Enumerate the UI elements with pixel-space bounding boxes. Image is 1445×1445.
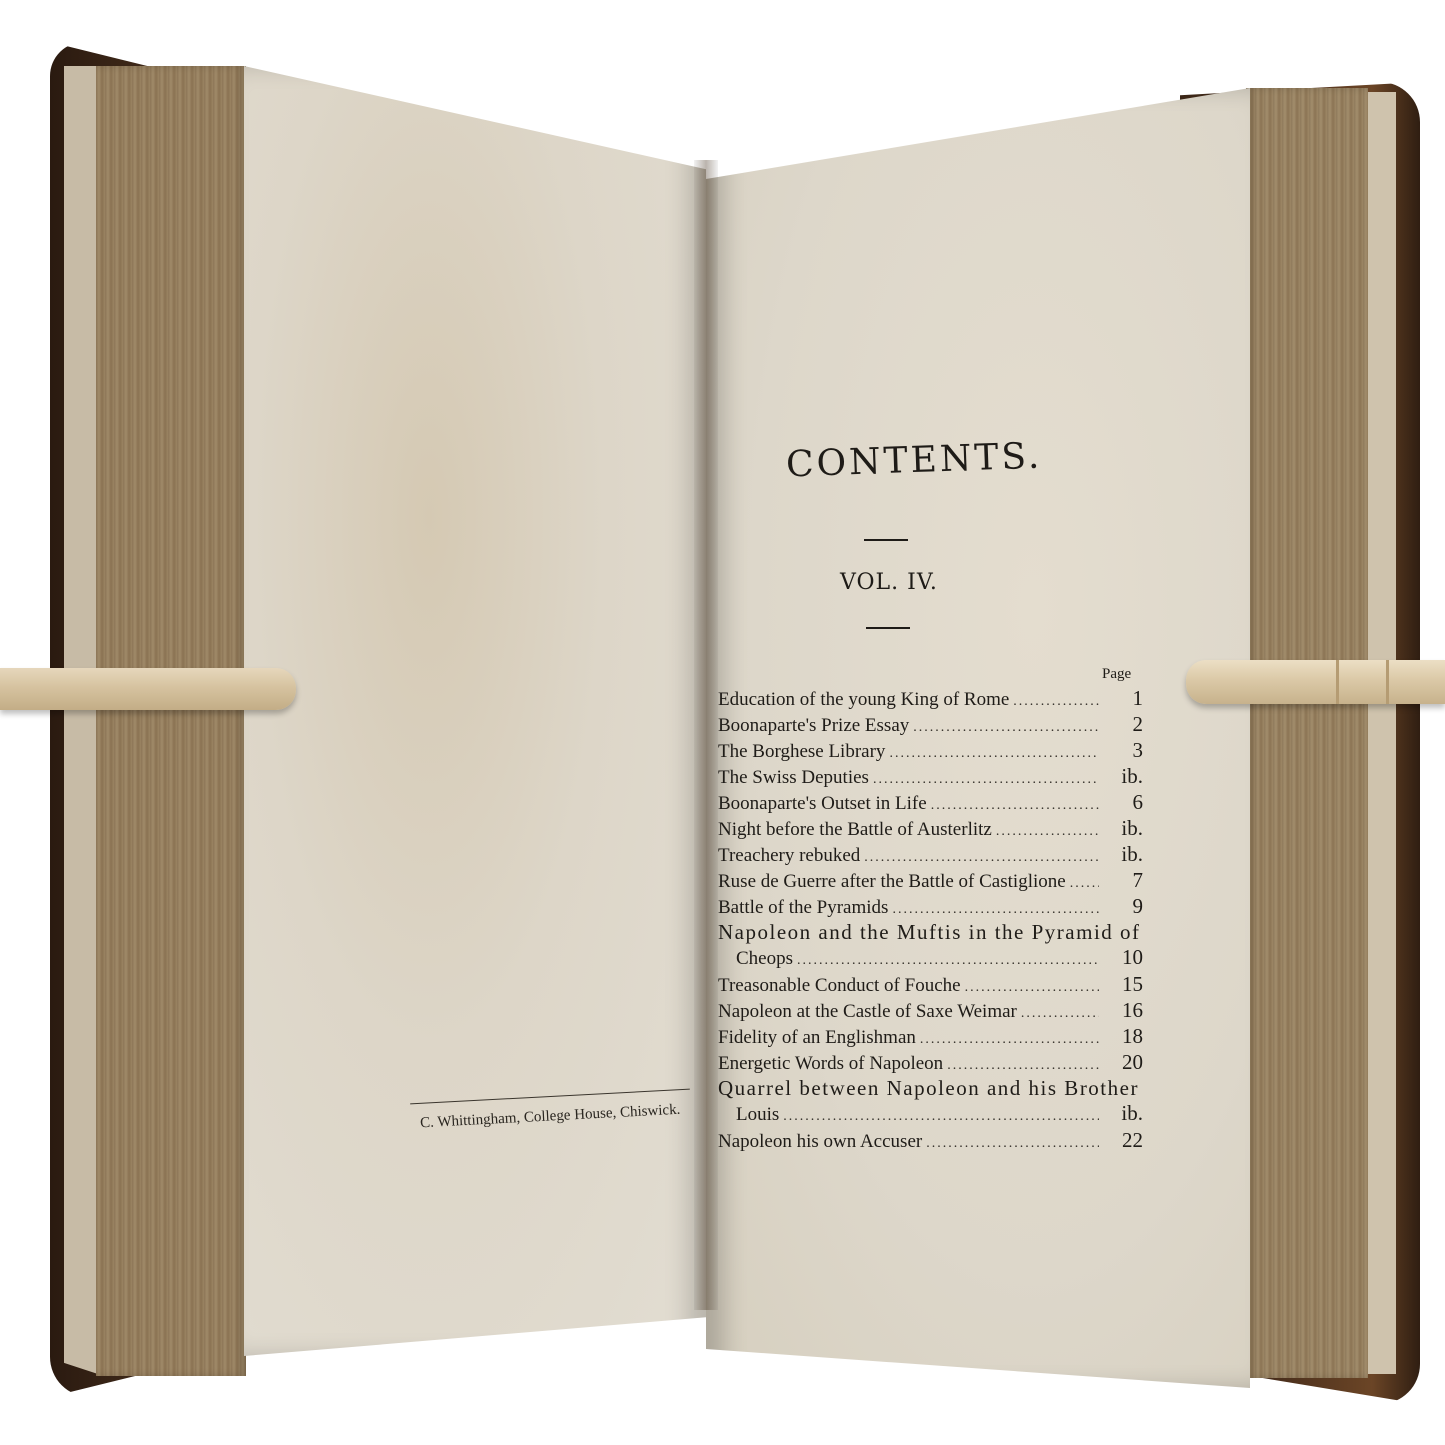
toc-entry-title: Treasonable Conduct of Fouche: [718, 975, 961, 997]
toc-entry-title: The Swiss Deputies: [718, 767, 869, 789]
toc-entry-title: Napoleon his own Accuser: [718, 1131, 922, 1153]
toc-entry: Battle of the Pyramids 9: [718, 894, 1143, 920]
toc-entry-page: 16: [1099, 998, 1143, 1023]
toc-entry-page: 2: [1099, 712, 1143, 737]
toc-entry-page: 10: [1099, 945, 1143, 970]
leader-dots: [1009, 694, 1099, 710]
toc-entry: The Borghese Library 3: [718, 738, 1143, 764]
toc-entry-title: Night before the Battle of Austerlitz: [718, 819, 992, 841]
leader-dots: [885, 746, 1099, 762]
page-block-edge-left: [96, 66, 246, 1376]
toc-entry: Boonaparte's Prize Essay 2: [718, 712, 1143, 738]
leader-dots: [992, 824, 1099, 840]
leader-dots: [961, 980, 1099, 996]
toc-entry-page: 3: [1099, 738, 1143, 763]
toc-entry-title: Treachery rebuked: [718, 845, 860, 867]
toc-entry-title: Education of the young King of Rome: [718, 689, 1009, 711]
leader-dots: [888, 902, 1099, 918]
toc-entry-title: Ruse de Guerre after the Battle of Casti…: [718, 871, 1066, 893]
toc-entry-page: ib.: [1099, 842, 1143, 867]
toc-entry-page: 18: [1099, 1024, 1143, 1049]
toc-entry: Treasonable Conduct of Fouche 15: [718, 972, 1143, 998]
leader-dots: [909, 720, 1099, 736]
toc-entry-continuation: Louis: [736, 1104, 779, 1126]
toc-entry-title: Quarrel between Napoleon and his Brother: [718, 1076, 1139, 1101]
toc-entry-continuation: Cheops: [736, 948, 793, 970]
toc-entry-title: Battle of the Pyramids: [718, 897, 888, 919]
toc-entry: Napoleon his own Accuser 22: [718, 1128, 1143, 1154]
bamboo-node: [1386, 660, 1389, 704]
volume-label: VOL. IV.: [840, 570, 938, 595]
toc-entry: Treachery rebuked ib.: [718, 842, 1143, 868]
wooden-stick-right: [1186, 660, 1445, 704]
leader-dots: [793, 953, 1099, 969]
toc-entry-title: The Borghese Library: [718, 741, 885, 763]
leader-dots: [869, 772, 1099, 788]
leader-dots: [922, 1136, 1099, 1152]
book-gutter: [694, 160, 718, 1310]
left-page: [244, 66, 706, 1356]
wooden-stick-left: [0, 668, 296, 710]
toc-entry-page: ib.: [1099, 1101, 1143, 1126]
leader-dots: [943, 1058, 1099, 1074]
toc-entry-page: 7: [1099, 868, 1143, 893]
toc-entry-page: 1: [1099, 686, 1143, 711]
volume-rule: [866, 627, 910, 629]
toc-entry: Napoleon at the Castle of Saxe Weimar 16: [718, 998, 1143, 1024]
toc-entry: Education of the young King of Rome 1: [718, 686, 1143, 712]
leader-dots: [779, 1109, 1099, 1125]
endpaper-right: [1364, 92, 1396, 1374]
toc-entry-page: 15: [1099, 972, 1143, 997]
toc-entry-title: Fidelity of an Englishman: [718, 1027, 916, 1049]
toc-entry-title: Energetic Words of Napoleon: [718, 1053, 943, 1075]
page-column-header: Page: [1102, 666, 1131, 683]
toc-entry-page: 22: [1099, 1128, 1143, 1153]
toc-entry: Napoleon and the Muftis in the Pyramid o…: [718, 920, 1143, 972]
toc-entry-page: 20: [1099, 1050, 1143, 1075]
leader-dots: [916, 1032, 1099, 1048]
toc-entry: Boonaparte's Outset in Life 6: [718, 790, 1143, 816]
bamboo-node: [1336, 660, 1339, 704]
toc-entry-page: 6: [1099, 790, 1143, 815]
table-of-contents: Education of the young King of Rome 1 Bo…: [718, 686, 1143, 1154]
toc-entry-title: Boonaparte's Outset in Life: [718, 793, 927, 815]
toc-entry-title: Napoleon and the Muftis in the Pyramid o…: [718, 920, 1141, 945]
toc-entry: Energetic Words of Napoleon 20: [718, 1050, 1143, 1076]
toc-entry: Ruse de Guerre after the Battle of Casti…: [718, 868, 1143, 894]
leader-dots: [927, 798, 1099, 814]
toc-entry-title: Napoleon at the Castle of Saxe Weimar: [718, 1001, 1017, 1023]
leader-dots: [1017, 1006, 1099, 1022]
toc-entry: The Swiss Deputies ib.: [718, 764, 1143, 790]
leader-dots: [860, 850, 1099, 866]
toc-entry-title: Boonaparte's Prize Essay: [718, 715, 909, 737]
toc-entry: Fidelity of an Englishman 18: [718, 1024, 1143, 1050]
leader-dots: [1066, 876, 1099, 892]
page-block-edge-right: [1246, 88, 1368, 1378]
toc-entry-page: ib.: [1099, 764, 1143, 789]
toc-entry: Quarrel between Napoleon and his Brother…: [718, 1076, 1143, 1128]
toc-entry-page: 9: [1099, 894, 1143, 919]
toc-entry-page: ib.: [1099, 816, 1143, 841]
heading-rule: [864, 539, 908, 541]
toc-entry: Night before the Battle of Austerlitz ib…: [718, 816, 1143, 842]
